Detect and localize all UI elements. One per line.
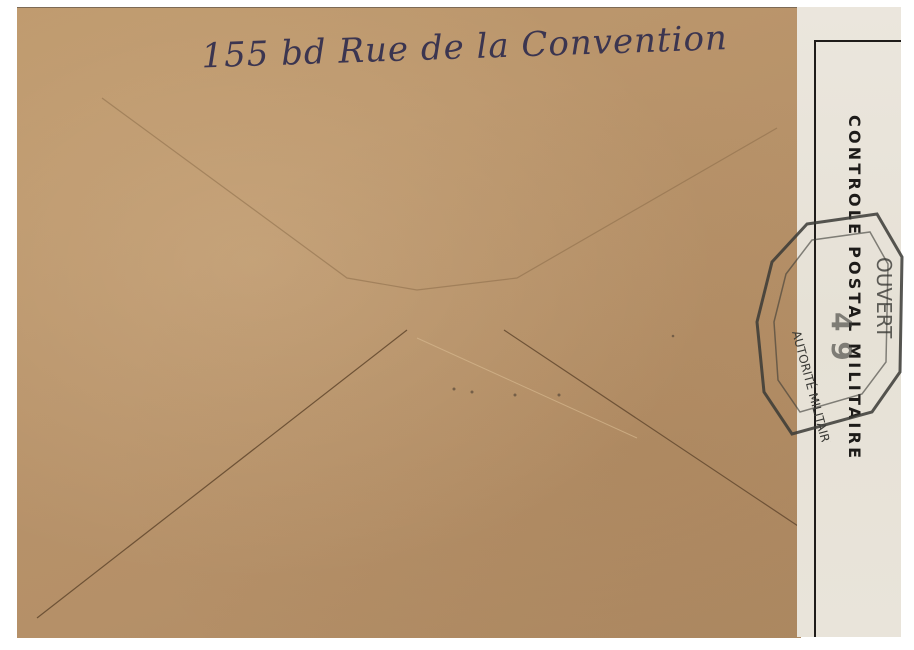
envelope-back: 155 bd Rue de la Convention	[17, 7, 801, 638]
postmark-date: 4 9	[825, 312, 858, 361]
postmark-stamp: AUTORITÉ MILITAIRE OUVERT 4 9	[752, 212, 912, 442]
postmark-partial-text: OUVERT	[872, 257, 896, 339]
strip-border-top	[814, 40, 901, 42]
